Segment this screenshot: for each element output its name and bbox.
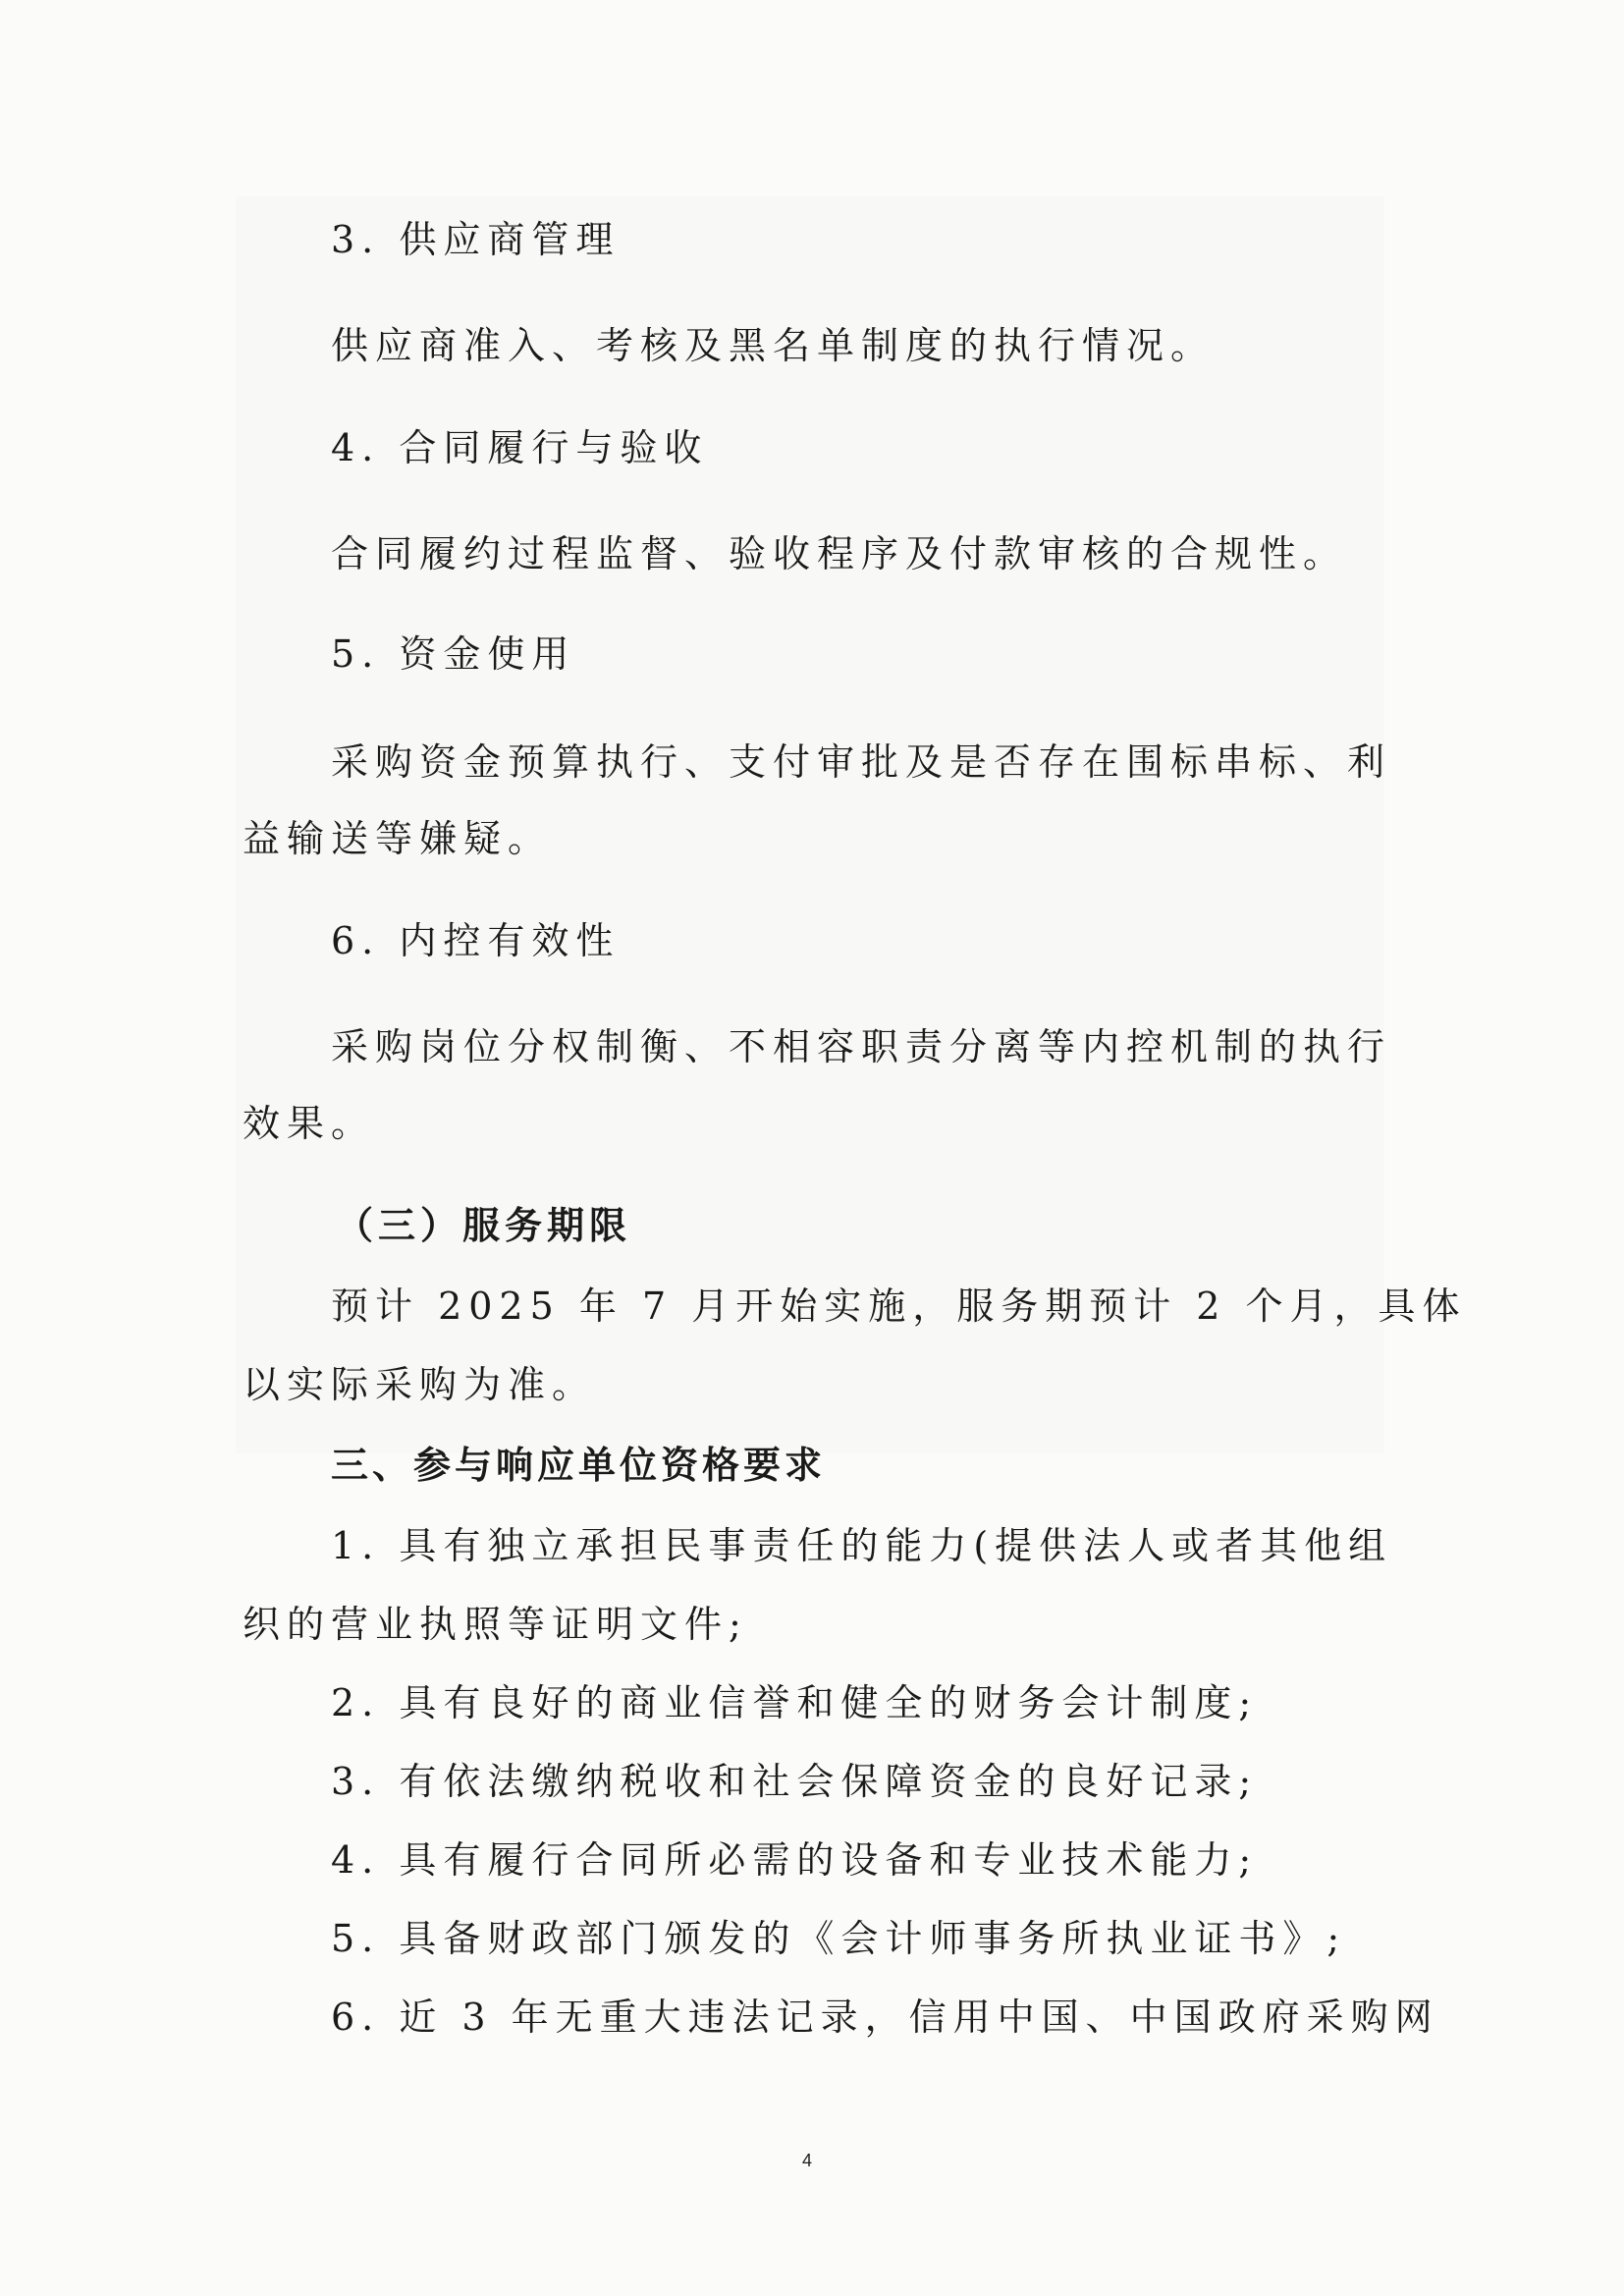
item-heading-fund-usage: 5. 资金使用 xyxy=(331,630,575,678)
paragraph-fund-usage-line-1: 采购资金预算执行、支付审批及是否存在围标串标、利 xyxy=(331,738,1391,786)
paragraph-supplier-management: 供应商准入、考核及黑名单制度的执行情况。 xyxy=(331,322,1215,369)
service-period-line-2: 以实际采购为准。 xyxy=(243,1361,596,1408)
item-heading-internal-control: 6. 内控有效性 xyxy=(331,917,620,964)
document-page: 3. 供应商管理 供应商准入、考核及黑名单制度的执行情况。 4. 合同履行与验收… xyxy=(0,0,1624,2296)
item-heading-contract-acceptance: 4. 合同履行与验收 xyxy=(331,424,708,471)
paragraph-fund-usage-line-2: 益输送等嫌疑。 xyxy=(243,815,552,862)
page-number: 4 xyxy=(802,2151,812,2171)
section-heading-qualifications: 三、参与响应单位资格要求 xyxy=(331,1442,826,1489)
requirement-4: 4. 具有履行合同所必需的设备和专业技术能力; xyxy=(331,1836,1258,1884)
paragraph-internal-control-line-2: 效果。 xyxy=(243,1100,375,1147)
service-period-line-1: 预计 2025 年 7 月开始实施，服务期预计 2 个月，具体 xyxy=(331,1283,1467,1330)
requirement-1-line-2: 织的营业执照等证明文件; xyxy=(243,1601,748,1648)
requirement-5: 5. 具备财政部门颁发的《会计师事务所执业证书》; xyxy=(331,1915,1346,1962)
requirement-2: 2. 具有良好的商业信誉和健全的财务会计制度; xyxy=(331,1679,1258,1726)
item-heading-supplier-management: 3. 供应商管理 xyxy=(331,216,620,263)
section-heading-service-period: （三）服务期限 xyxy=(336,1202,631,1249)
requirement-6: 6. 近 3 年无重大违法记录，信用中国、中国政府采购网 xyxy=(331,1994,1439,2041)
requirement-1-line-1: 1. 具有独立承担民事责任的能力(提供法人或者其他组 xyxy=(331,1522,1392,1569)
requirement-3: 3. 有依法缴纳税收和社会保障资金的良好记录; xyxy=(331,1758,1258,1805)
paragraph-internal-control-line-1: 采购岗位分权制衡、不相容职责分离等内控机制的执行 xyxy=(331,1023,1391,1070)
paragraph-contract-acceptance: 合同履约过程监督、验收程序及付款审核的合规性。 xyxy=(331,530,1347,577)
